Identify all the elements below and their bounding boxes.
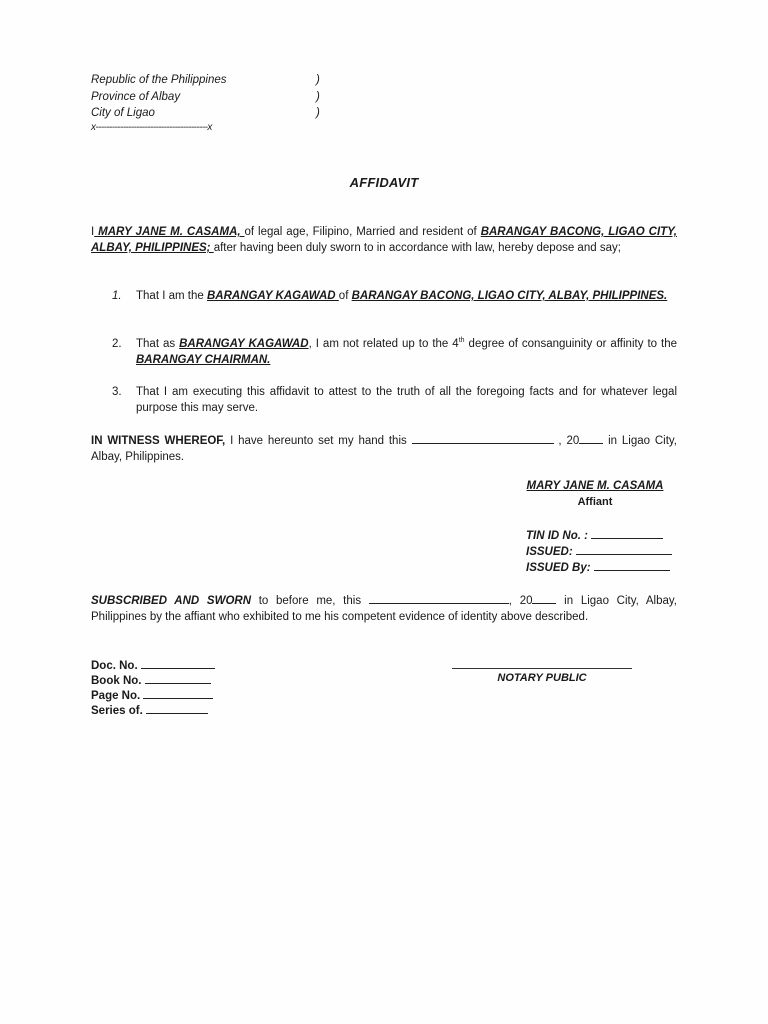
jurat-text: , 20 — [509, 595, 533, 607]
series-row: Series of. — [91, 702, 208, 719]
caption-paren: ) — [316, 72, 320, 88]
jurat-year-blank[interactable] — [532, 592, 556, 604]
statement-number: 3. — [112, 384, 130, 400]
doc-no-label: Doc. No. — [91, 660, 138, 672]
affiant-role: Affiant — [510, 496, 680, 508]
statement-text-part: That as — [136, 338, 179, 350]
statement-text: That as BARANGAY KAGAWAD, I am not relat… — [136, 336, 677, 368]
jurat-paragraph: SUBSCRIBED AND SWORN to before me, this … — [91, 592, 677, 625]
statement-item: 3. That I am executing this affidavit to… — [112, 384, 677, 416]
issued-blank[interactable] — [576, 543, 672, 555]
series-blank[interactable] — [146, 702, 208, 714]
affiant-name: MARY JANE M. CASAMA, — [94, 226, 244, 238]
statement-number: 1. — [112, 288, 130, 304]
doc-no-blank[interactable] — [141, 657, 215, 669]
document-title: AFFIDAVIT — [0, 175, 768, 190]
intro-paragraph: I MARY JANE M. CASAMA, of legal age, Fil… — [91, 224, 677, 256]
date-blank[interactable] — [412, 432, 554, 444]
witness-text: , 20 — [554, 435, 580, 447]
residence-address: BARANGAY BACONG, LIGAO CITY, ALBAY, PHIL… — [352, 290, 668, 302]
page-no-label: Page No. — [91, 690, 140, 702]
page-no-blank[interactable] — [143, 687, 213, 699]
book-no-blank[interactable] — [145, 672, 211, 684]
issued-by-label: ISSUED By: — [526, 562, 591, 574]
jurat-lead: SUBSCRIBED AND SWORN — [91, 595, 251, 607]
statement-text: That I am the BARANGAY KAGAWAD of BARANG… — [136, 288, 677, 304]
statement-item: 2. That as BARANGAY KAGAWAD, I am not re… — [112, 336, 677, 368]
notary-signature-line[interactable] — [452, 668, 632, 669]
witness-paragraph: IN WITNESS WHEREOF, I have hereunto set … — [91, 432, 677, 465]
document-page: Republic of the Philippines ) Province o… — [0, 0, 768, 1024]
affiant-signature-name: MARY JANE M. CASAMA — [510, 480, 680, 492]
issued-by-blank[interactable] — [594, 559, 670, 571]
position-title: BARANGAY KAGAWAD — [207, 290, 339, 302]
caption-province: Province of Albay — [91, 89, 180, 105]
series-label: Series of. — [91, 705, 143, 717]
caption-separator: x---------------------------------------… — [91, 121, 212, 135]
caption-city: City of Ligao — [91, 105, 155, 121]
issued-by-row: ISSUED By: — [526, 559, 670, 576]
intro-mid: of legal age, Filipino, Married and resi… — [245, 226, 481, 238]
intro-suffix: after having been duly sworn to in accor… — [214, 242, 621, 254]
witness-text: I have hereunto set my hand this — [225, 435, 411, 447]
statement-number: 2. — [112, 336, 130, 352]
tin-blank[interactable] — [591, 527, 663, 539]
jurat-date-blank[interactable] — [369, 592, 509, 604]
book-no-label: Book No. — [91, 675, 141, 687]
caption-country: Republic of the Philippines — [91, 72, 227, 88]
tin-label: TIN ID No. : — [526, 530, 588, 542]
year-blank[interactable] — [579, 432, 603, 444]
statement-text-part: , I am not related up to the 4 — [309, 338, 459, 350]
statement-text-part: of — [339, 290, 352, 302]
tin-row: TIN ID No. : — [526, 527, 663, 544]
chairman-title: BARANGAY CHAIRMAN. — [136, 354, 270, 366]
statement-item: 1. That I am the BARANGAY KAGAWAD of BAR… — [112, 288, 677, 304]
statement-text: That I am executing this affidavit to at… — [136, 384, 677, 416]
jurat-text: to before me, this — [251, 595, 369, 607]
notary-public-label: NOTARY PUBLIC — [452, 672, 632, 684]
statement-text-part: That I am the — [136, 290, 207, 302]
witness-lead: IN WITNESS WHEREOF, — [91, 435, 225, 447]
issued-label: ISSUED: — [526, 546, 573, 558]
statement-text-part: degree of consanguinity or affinity to t… — [465, 338, 677, 350]
caption-paren: ) — [316, 105, 320, 121]
caption-paren: ) — [316, 89, 320, 105]
position-title: BARANGAY KAGAWAD — [179, 338, 308, 350]
issued-row: ISSUED: — [526, 543, 672, 560]
